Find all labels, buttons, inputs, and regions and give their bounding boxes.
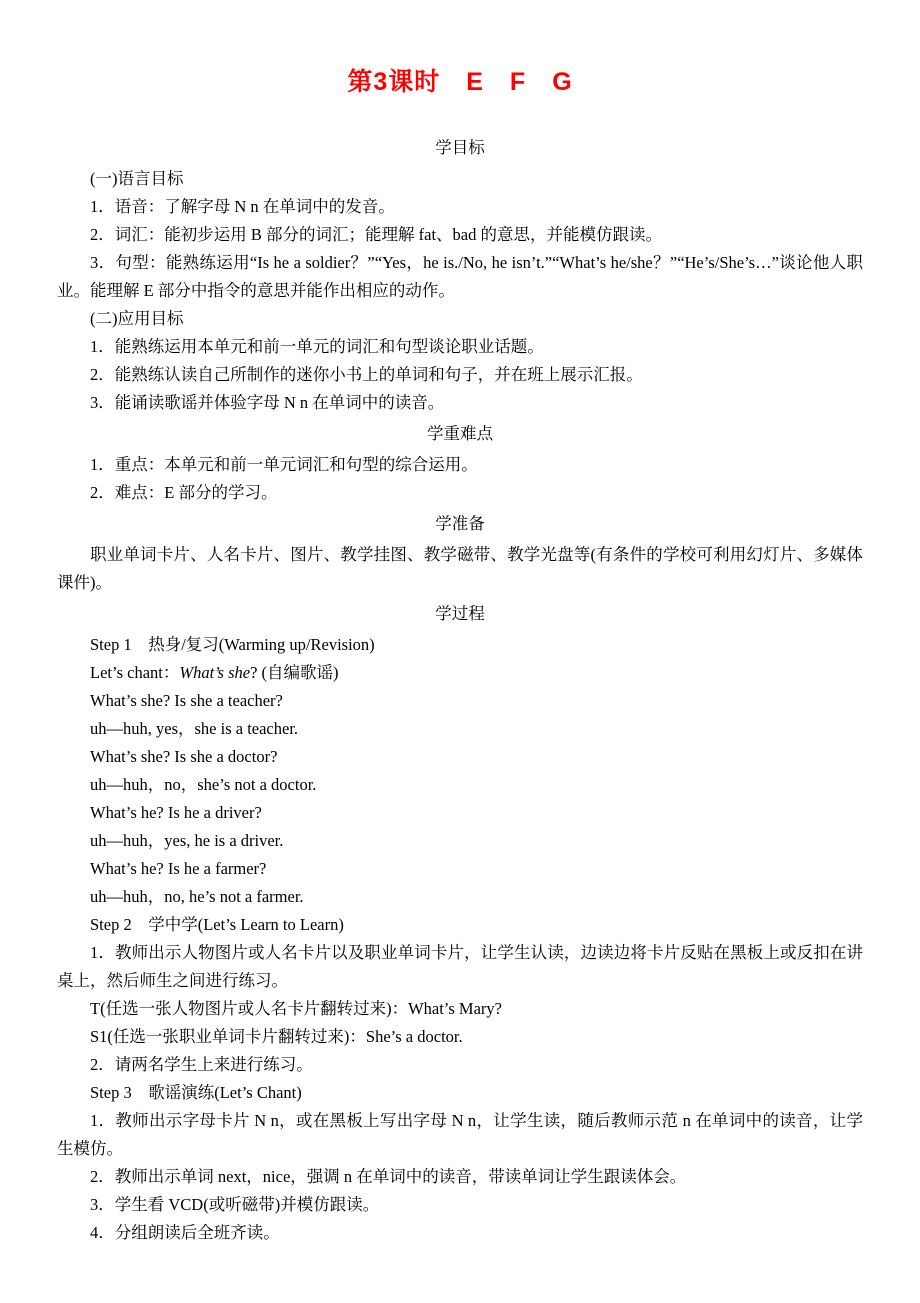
section-heading: 学目标 — [57, 134, 863, 162]
text-segment: ? (自编歌谣) — [250, 663, 338, 682]
paragraph-line: 2．词汇：能初步运用 B 部分的词汇；能理解 fat、bad 的意思，并能模仿跟… — [57, 221, 863, 249]
paragraph-line: T(任选一张人物图片或人名卡片翻转过来)：What’s Mary? — [57, 995, 863, 1023]
paragraph-line: Step 3 歌谣演练(Let’s Chant) — [57, 1079, 863, 1107]
paragraph-line: S1(任选一张职业单词卡片翻转过来)：She’s a doctor. — [57, 1023, 863, 1051]
paragraph-line: 3．学生看 VCD(或听磁带)并模仿跟读。 — [57, 1191, 863, 1219]
paragraph-line: (一)语言目标 — [57, 165, 863, 193]
paragraph-line: Let’s chant：What’s she? (自编歌谣) — [57, 659, 863, 687]
paragraph-line: What’s she? Is she a teacher? — [57, 687, 863, 715]
chant-title-italic: What’s she — [179, 663, 250, 682]
paragraph-line: 2．能熟练认读自己所制作的迷你小书上的单词和句子，并在班上展示汇报。 — [57, 361, 863, 389]
paragraph-line: 1．教师出示人物图片或人名卡片以及职业单词卡片，让学生认读，边读边将卡片反贴在黑… — [57, 939, 863, 995]
paragraph-line: 3．能诵读歌谣并体验字母 N n 在单词中的读音。 — [57, 389, 863, 417]
paragraph-line: uh—huh，yes, he is a driver. — [57, 827, 863, 855]
document-body: 学目标(一)语言目标1．语音：了解字母 N n 在单词中的发音。2．词汇：能初步… — [57, 134, 863, 1247]
paragraph-line: What’s she? Is she a doctor? — [57, 743, 863, 771]
paragraph-line: What’s he? Is he a driver? — [57, 799, 863, 827]
paragraph-line: 1．重点：本单元和前一单元词汇和句型的综合运用。 — [57, 451, 863, 479]
paragraph-line: Step 2 学中学(Let’s Learn to Learn) — [57, 911, 863, 939]
paragraph-line: 1．语音：了解字母 N n 在单词中的发音。 — [57, 193, 863, 221]
paragraph-line: 4．分组朗读后全班齐读。 — [57, 1219, 863, 1247]
paragraph-line: 1．能熟练运用本单元和前一单元的词汇和句型谈论职业话题。 — [57, 333, 863, 361]
section-heading: 学准备 — [57, 510, 863, 538]
paragraph-line: uh—huh，no, he’s not a farmer. — [57, 883, 863, 911]
paragraph-line: (二)应用目标 — [57, 305, 863, 333]
section-heading: 学过程 — [57, 600, 863, 628]
document-page: 第3课时 E F G 学目标(一)语言目标1．语音：了解字母 N n 在单词中的… — [0, 0, 920, 1303]
paragraph-line: 2．难点：E 部分的学习。 — [57, 479, 863, 507]
paragraph-line: uh—huh, yes，she is a teacher. — [57, 715, 863, 743]
paragraph-line: 3．句型：能熟练运用“Is he a soldier？”“Yes，he is./… — [57, 249, 863, 305]
paragraph-line: 职业单词卡片、人名卡片、图片、教学挂图、教学磁带、教学光盘等(有条件的学校可利用… — [57, 541, 863, 597]
paragraph-line: 1．教师出示字母卡片 N n，或在黑板上写出字母 N n，让学生读，随后教师示范… — [57, 1107, 863, 1163]
document-title: 第3课时 E F G — [57, 66, 863, 98]
paragraph-line: 2．教师出示单词 next，nice，强调 n 在单词中的读音，带读单词让学生跟… — [57, 1163, 863, 1191]
paragraph-line: What’s he? Is he a farmer? — [57, 855, 863, 883]
paragraph-line: uh—huh，no，she’s not a doctor. — [57, 771, 863, 799]
paragraph-line: 2．请两名学生上来进行练习。 — [57, 1051, 863, 1079]
text-segment: Let’s chant： — [90, 663, 179, 682]
section-heading: 学重难点 — [57, 420, 863, 448]
paragraph-line: Step 1 热身/复习(Warming up/Revision) — [57, 631, 863, 659]
